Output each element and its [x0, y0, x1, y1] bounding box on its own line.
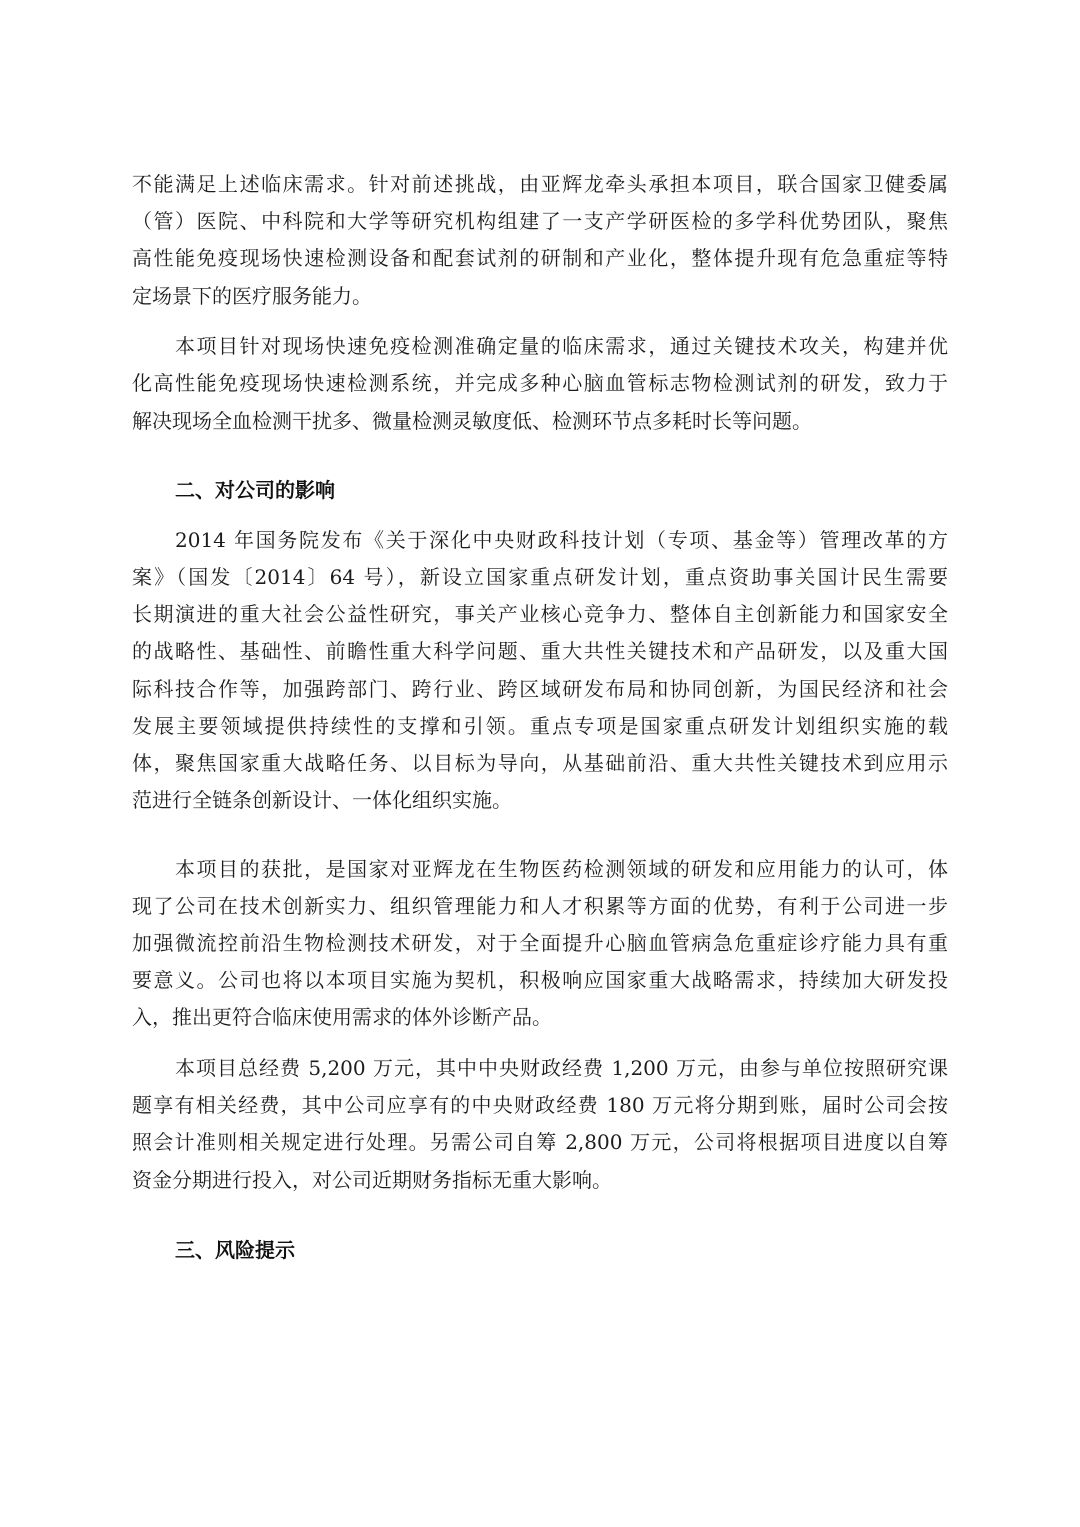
para1-line2: （管）医院、中科院和大学等研究机构组建了一支产学研医检的多学科优势团队，聚焦 [132, 206, 948, 236]
para3-line4: 的战略性、基础性、前瞻性重大科学问题、重大共性关键技术和产品研发，以及重大国 [132, 636, 948, 666]
para5-line3: 照会计准则相关规定进行处理。另需公司自筹 2,800 万元，公司将根据项目进度以… [132, 1127, 948, 1157]
para2-line3: 解决现场全血检测干扰多、微量检测灵敏度低、检测环节点多耗时长等问题。 [132, 406, 948, 436]
para3-line1: 2014 年国务院发布《关于深化中央财政科技计划（专项、基金等）管理改革的方 [175, 525, 948, 555]
para5-line2: 题享有相关经费，其中公司应享有的中央财政经费 180 万元将分期到账，届时公司会… [132, 1090, 948, 1120]
para5-line1: 本项目总经费 5,200 万元，其中中央财政经费 1,200 万元，由参与单位按… [175, 1053, 948, 1083]
section-heading-risk: 三、风险提示 [175, 1235, 295, 1265]
para4-line2: 现了公司在技术创新实力、组织管理能力和人才积累等方面的优势，有利于公司进一步 [132, 891, 948, 921]
para3-line2: 案》（国发〔2014〕64 号），新设立国家重点研发计划，重点资助事关国计民生需… [132, 562, 948, 592]
para1-line4: 定场景下的医疗服务能力。 [132, 281, 948, 311]
para3-line3: 长期演进的重大社会公益性研究，事关产业核心竞争力、整体自主创新能力和国家安全 [132, 599, 948, 629]
para3-line6: 发展主要领域提供持续性的支撑和引领。重点专项是国家重点研发计划组织实施的载 [132, 711, 948, 741]
para5-line4: 资金分期进行投入，对公司近期财务指标无重大影响。 [132, 1165, 948, 1195]
para3-line5: 际科技合作等，加强跨部门、跨行业、跨区域研发布局和协同创新，为国民经济和社会 [132, 674, 948, 704]
para4-line4: 要意义。公司也将以本项目实施为契机，积极响应国家重大战略需求，持续加大研发投 [132, 965, 948, 995]
para4-line1: 本项目的获批，是国家对亚辉龙在生物医药检测领域的研发和应用能力的认可，体 [175, 854, 948, 884]
para1-line3: 高性能免疫现场快速检测设备和配套试剂的研制和产业化，整体提升现有危急重症等特 [132, 243, 948, 273]
section-heading-impact: 二、对公司的影响 [175, 475, 335, 505]
para2-line2: 化高性能免疫现场快速检测系统，并完成多种心脑血管标志物检测试剂的研发，致力于 [132, 368, 948, 398]
para1-line1: 不能满足上述临床需求。针对前述挑战，由亚辉龙牵头承担本项目，联合国家卫健委属 [132, 169, 948, 199]
para3-line7: 体，聚焦国家重大战略任务、以目标为导向，从基础前沿、重大共性关键技术到应用示 [132, 748, 948, 778]
para2-line1: 本项目针对现场快速免疫检测准确定量的临床需求，通过关键技术攻关，构建并优 [175, 331, 948, 361]
para3-line8: 范进行全链条创新设计、一体化组织实施。 [132, 785, 948, 815]
para4-line5: 入，推出更符合临床使用需求的体外诊断产品。 [132, 1002, 948, 1032]
para4-line3: 加强微流控前沿生物检测技术研发，对于全面提升心脑血管病急危重症诊疗能力具有重 [132, 928, 948, 958]
document-page: 不能满足上述临床需求。针对前述挑战，由亚辉龙牵头承担本项目，联合国家卫健委属 （… [0, 0, 1080, 1527]
